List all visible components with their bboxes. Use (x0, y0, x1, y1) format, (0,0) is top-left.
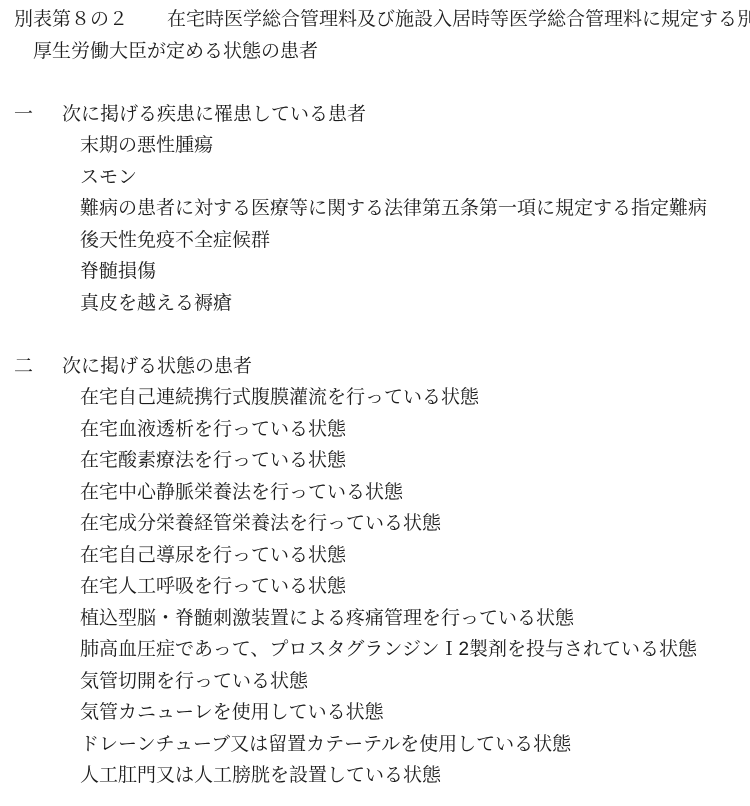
section-2-item: 植込型脳・脊髄刺激装置による疼痛管理を行っている状態 (14, 603, 742, 635)
section-1-heading: 一 次に掲げる疾患に罹患している患者 (14, 99, 742, 131)
section-1-item: スモン (14, 162, 742, 194)
section-1-heading-text: 次に掲げる疾患に罹患している患者 (62, 99, 366, 131)
section-2-item: 気管カニューレを使用している状態 (14, 697, 742, 729)
section-1-item: 後天性免疫不全症候群 (14, 225, 742, 257)
spacer (14, 67, 742, 99)
section-2-item: 在宅自己導尿を行っている状態 (14, 540, 742, 572)
section-2-item: 在宅酸素療法を行っている状態 (14, 445, 742, 477)
section-1-item: 難病の患者に対する医療等に関する法律第五条第一項に規定する指定難病 (14, 193, 742, 225)
document-title-line2: 厚生労働大臣が定める状態の患者 (14, 36, 742, 68)
section-2-item: 肺高血圧症であって、プロスタグランジンＩ2製剤を投与されている状態 (14, 634, 742, 666)
section-2-item: 在宅成分栄養経管栄養法を行っている状態 (14, 508, 742, 540)
section-2-item: 気管切開を行っている状態 (14, 666, 742, 698)
appendix-number-label: 別表第８の２ (14, 4, 167, 36)
document-title-text: 在宅時医学総合管理料及び施設入居時等医学総合管理料に規定する別に (167, 4, 750, 36)
section-2-number: 二 (14, 351, 62, 383)
section-2-heading: 二 次に掲げる状態の患者 (14, 351, 742, 383)
section-2-heading-text: 次に掲げる状態の患者 (62, 351, 252, 383)
section-2-item: 在宅血液透析を行っている状態 (14, 414, 742, 446)
document-page: 別表第８の２ 在宅時医学総合管理料及び施設入居時等医学総合管理料に規定する別に … (0, 0, 750, 806)
spacer (14, 319, 742, 351)
section-1-item: 脊髄損傷 (14, 256, 742, 288)
document-title-line1: 別表第８の２ 在宅時医学総合管理料及び施設入居時等医学総合管理料に規定する別に (14, 4, 742, 36)
section-2-item: 在宅人工呼吸を行っている状態 (14, 571, 742, 603)
section-2-item: ドレーンチューブ又は留置カテーテルを使用している状態 (14, 729, 742, 761)
section-1-item: 末期の悪性腫瘍 (14, 130, 742, 162)
section-2-item: 人工肛門又は人工膀胱を設置している状態 (14, 760, 742, 792)
section-2-item: 在宅中心静脈栄養法を行っている状態 (14, 477, 742, 509)
section-1-number: 一 (14, 99, 62, 131)
section-1-item: 真皮を越える褥瘡 (14, 288, 742, 320)
section-2-item: 在宅自己連続携行式腹膜灌流を行っている状態 (14, 382, 742, 414)
